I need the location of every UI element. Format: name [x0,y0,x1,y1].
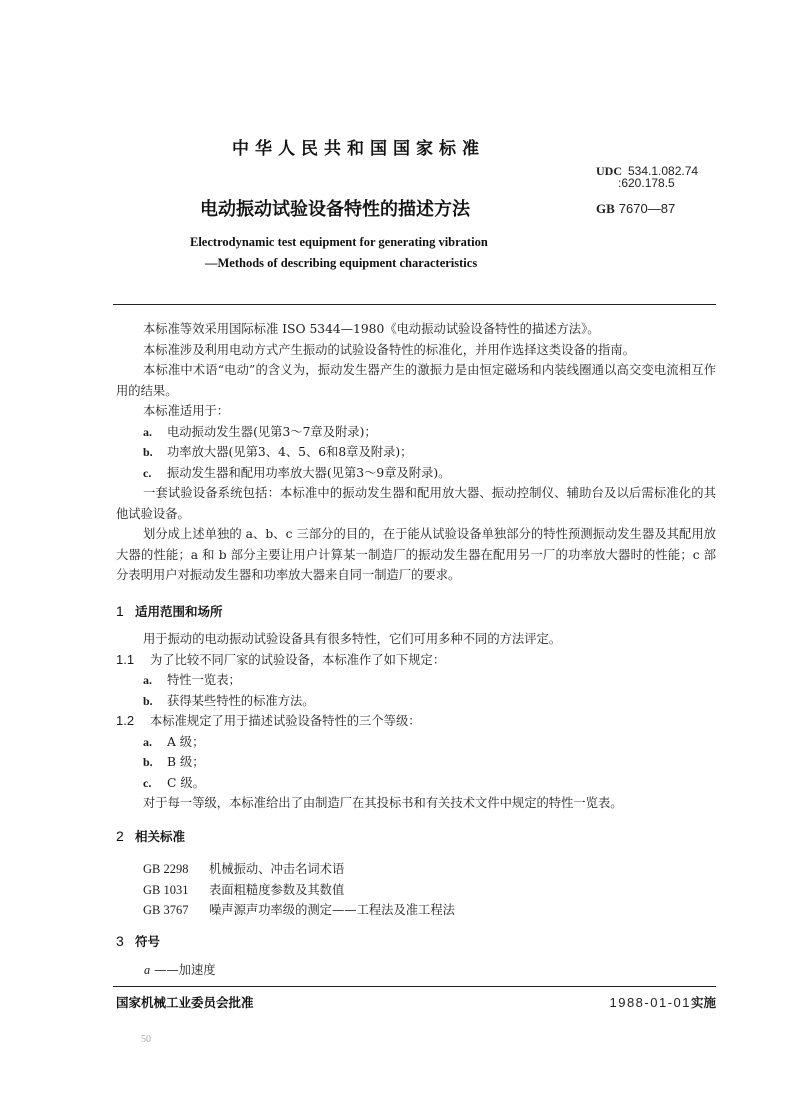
udc-code-line2: :620.178.5 [596,177,698,189]
section-number: 2 [116,828,135,844]
list-item-text: C 级。 [167,773,716,794]
clause-text: 为了比较不同厂家的试验设备，本标准作了如下规定： [150,650,445,671]
list-item: b. 功率放大器(见第3、4、5、6和8章及附录)； [116,442,716,463]
list-item-text: B 级； [167,752,716,773]
reference-title: 机械振动、冲击名词术语 [209,859,344,880]
reference-title: 表面粗糙度参数及其数值 [209,880,344,901]
symbol-meaning: 加速度 [179,963,216,977]
symbols-list: a ——加速度 [116,960,716,981]
section-title: 符号 [135,932,160,950]
section-title: 相关标准 [135,827,185,845]
reference-code: GB 3767 [143,900,209,921]
list-item: a. 特性一览表； [116,670,716,691]
reference-row: GB 2298 机械振动、冲击名词术语 [116,859,716,880]
symbol-dash: —— [154,963,179,977]
list-item-label: b. [143,691,167,712]
header-divider [113,304,716,305]
standard-title-en-line1: Electrodynamic test equipment for genera… [190,235,488,250]
effective-date-value: 1988-01-01 [609,995,691,1010]
foreword-paragraph: 本标准适用于： [116,401,716,422]
section-number: 3 [116,933,135,949]
list-item-text: 获得某些特性的标准方法。 [167,691,716,712]
references-list: GB 2298 机械振动、冲击名词术语 GB 1031 表面粗糙度参数及其数值 … [116,859,716,921]
clause-1-2: 1.2 本标准规定了用于描述试验设备特性的三个等级： [116,711,716,732]
foreword-paragraph: 本标准中术语“电动”的含义为，振动发生器产生的激振力是由恒定磁场和内装线圈通以高… [116,360,716,401]
list-item-text: 振动发生器和配用功率放大器(见第3～9章及附录)。 [167,463,716,484]
gb-label: GB [596,201,615,216]
list-item-label: a. [143,732,167,753]
section-heading: 3 符号 [116,932,160,950]
page-number: 50 [141,1034,151,1045]
clause-1-1: 1.1 为了比较不同厂家的试验设备，本标准作了如下规定： [116,650,716,671]
list-item: c. 振动发生器和配用功率放大器(见第3～9章及附录)。 [116,463,716,484]
reference-row: GB 3767 噪声源声功率级的测定——工程法及准工程法 [116,900,716,921]
udc-classification: UDC534.1.082.74 :620.178.5 [596,165,698,189]
approval-authority: 国家机械工业委员会批准 [116,993,254,1011]
list-item-label: b. [143,442,167,463]
section-intro: 用于振动的电动振动试验设备具有很多特性，它们可用多种不同的方法评定。 [116,629,716,650]
reference-row: GB 1031 表面粗糙度参数及其数值 [116,880,716,901]
reference-code: GB 2298 [143,859,209,880]
footer-divider [113,986,716,987]
system-paragraph: 一套试验设备系统包括：本标准中的振动发生器和配用放大器、振动控制仪、辅助台及以后… [116,483,716,524]
symbol-row: a ——加速度 [116,960,716,981]
list-item-text: 电动振动发生器(见第3～7章及附录)； [167,422,716,443]
section-1-body: 用于振动的电动振动试验设备具有很多特性，它们可用多种不同的方法评定。 1.1 为… [116,629,716,814]
section-title: 适用范围和场所 [135,602,223,620]
list-item: a. A 级； [116,732,716,753]
foreword-paragraph: 本标准涉及利用电动方式产生振动的试验设备特性的标准化，并用作选择这类设备的指南。 [116,340,716,361]
section-number: 1 [116,603,135,619]
effective-date: 1988-01-01实施 [609,993,716,1011]
list-item: c. C 级。 [116,773,716,794]
list-item-label: c. [143,463,167,484]
reference-code: GB 1031 [143,880,209,901]
standard-title-en-line2: —Methods of describing equipment charact… [205,256,477,271]
gb-standard-number: GB7670—87 [596,201,675,217]
national-standard-heading: 中华人民共和国国家标准 [232,134,485,159]
foreword-paragraph: 本标准等效采用国际标准 ISO 5344—1980《电动振动试验设备特性的描述方… [116,319,716,340]
list-item-label: a. [143,670,167,691]
gb-number-value: 7670—87 [619,201,675,216]
clause-closing: 对于每一等级，本标准给出了由制造厂在其投标书和有关技术文件中规定的特性一览表。 [116,793,716,814]
clause-number: 1.1 [116,650,150,671]
foreword: 本标准等效采用国际标准 ISO 5344—1980《电动振动试验设备特性的描述方… [116,319,716,586]
list-item: b. 获得某些特性的标准方法。 [116,691,716,712]
purpose-paragraph: 划分成上述单独的 a、b、c 三部分的目的，在于能从试验设备单独部分的特性预测振… [116,524,716,586]
clause-number: 1.2 [116,711,150,732]
list-item-text: 功率放大器(见第3、4、5、6和8章及附录)； [167,442,716,463]
list-item: b. B 级； [116,752,716,773]
list-item-label: a. [143,422,167,443]
list-item-label: c. [143,773,167,794]
section-heading: 1 适用范围和场所 [116,602,223,620]
list-item: a. 电动振动发生器(见第3～7章及附录)； [116,422,716,443]
clause-text: 本标准规定了用于描述试验设备特性的三个等级： [150,711,421,732]
effective-label: 实施 [691,995,716,1010]
reference-title: 噪声源声功率级的测定——工程法及准工程法 [209,900,455,921]
standard-title-zh: 电动振动试验设备特性的描述方法 [200,195,470,221]
list-item-text: 特性一览表； [167,670,716,691]
list-item-label: b. [143,752,167,773]
section-heading: 2 相关标准 [116,827,185,845]
list-item-text: A 级； [167,732,716,753]
symbol: a [144,963,150,977]
